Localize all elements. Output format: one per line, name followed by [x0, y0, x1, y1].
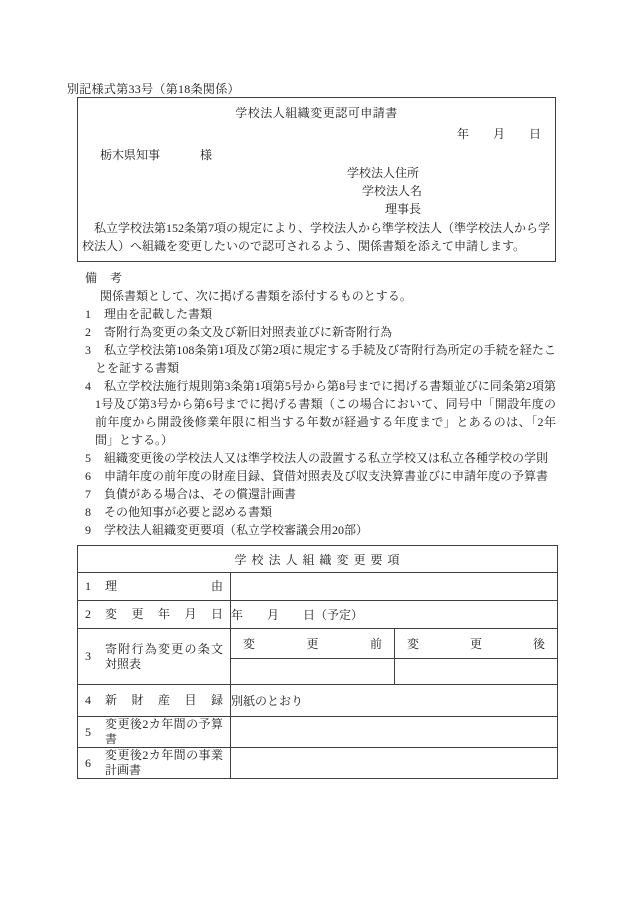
- reason-value-cell: [231, 573, 558, 601]
- row-label-change-date: 2 変更年月日: [78, 607, 230, 622]
- addressee: 栃木県知事: [100, 148, 160, 162]
- item-text: 申請年度の前年度の財産目録、貸借対照表及び収支決算書並びに申請年度の予算書: [104, 469, 548, 483]
- label-char: 更: [470, 635, 482, 652]
- item-number: 2: [85, 325, 91, 339]
- item-number: 8: [85, 505, 91, 519]
- label-char: 更: [306, 635, 318, 652]
- president-label: 理事長: [78, 200, 555, 218]
- application-box: 学校法人組織変更認可申請書 年 月 日 栃木県知事様 学校法人住所 学校法人名 …: [77, 97, 556, 262]
- label-char: 財: [131, 693, 143, 708]
- application-body-text: 私立学校法第152条第7項の規定により、学校法人から準学校法人（準学校法人から学…: [78, 219, 555, 255]
- label-char: 年: [158, 607, 170, 622]
- row-number: 5: [85, 725, 105, 740]
- label-char: 月: [184, 607, 196, 622]
- summary-table: 学 校 法 人 組 織 変 更 要 項 1 理由 2 変更年月日 年 月 日（予…: [77, 545, 558, 779]
- budget-value-cell: [231, 717, 558, 748]
- item-text: 私立学校法施行規則第3条第1項第5号から第8号までに掲げる書類並びに同条第2項第…: [95, 379, 556, 447]
- new-inventory-value-cell: 別紙のとおり: [231, 685, 558, 717]
- label-char: 後: [533, 635, 545, 652]
- addressee-honorific: 様: [200, 148, 212, 162]
- before-change-header: 変更前: [231, 635, 394, 652]
- remarks-item-6: 6申請年度の前年度の財産目録、貸借対照表及び収支決算書並びに申請年度の予算書: [85, 467, 556, 485]
- item-text: 組織変更後の学校法人又は準学校法人の設置する私立学校又は私立各種学校の学則: [104, 451, 548, 465]
- item-number: 3: [85, 343, 91, 357]
- label-char: 理: [105, 579, 117, 594]
- corp-address-label: 学校法人住所: [78, 164, 555, 182]
- row-label-text: 変更後2カ年間の予算書: [105, 717, 223, 747]
- item-text: 学校法人組織変更要項（私立学校審議会用20部）: [104, 523, 368, 537]
- summary-table-title: 学 校 法 人 組 織 変 更 要 項: [78, 546, 558, 573]
- label-char: 産: [158, 693, 170, 708]
- addressee-line: 栃木県知事様: [78, 146, 555, 164]
- change-date-value-cell: 年 月 日（予定）: [231, 601, 558, 629]
- form-number: 別記様式第33号（第18条関係）: [67, 80, 240, 97]
- item-number: 9: [85, 523, 91, 537]
- after-change-value-cell: [395, 659, 558, 685]
- item-number: 4: [85, 379, 91, 393]
- remarks-section: 備 考 関係書類として、次に掲げる書類を添付するものとする。 1理由を記載した書…: [85, 269, 556, 539]
- item-text: 理由を記載した書類: [104, 307, 212, 321]
- row-number: 4: [85, 693, 105, 708]
- remarks-item-1: 1理由を記載した書類: [85, 305, 556, 323]
- application-title: 学校法人組織変更認可申請書: [78, 104, 555, 122]
- row-number: 6: [85, 756, 105, 771]
- label-char: 変: [407, 635, 419, 652]
- date-line: 年 月 日: [78, 125, 555, 143]
- item-number: 1: [85, 307, 91, 321]
- label-char: 日: [211, 607, 223, 622]
- remarks-item-8: 8その他知事が必要と認める書類: [85, 503, 556, 521]
- document-page: 別記様式第33号（第18条関係） 学校法人組織変更認可申請書 年 月 日 栃木県…: [0, 0, 630, 903]
- item-number: 5: [85, 451, 91, 465]
- row-label-text: 変更後2カ年間の事業計画書: [105, 748, 223, 778]
- item-text: 私立学校法第108条第1項及び第2項に規定する手続及び寄附行為所定の手続を経たこ…: [95, 343, 556, 375]
- label-char: 目: [184, 693, 196, 708]
- remarks-item-7: 7負債がある場合は、その償還計画書: [85, 485, 556, 503]
- label-char: 新: [105, 693, 117, 708]
- remarks-item-2: 2寄附行為変更の条文及び新旧対照表並びに新寄附行為: [85, 323, 556, 341]
- row-label-text: 寄附行為変更の条文対照表: [105, 642, 223, 672]
- row-label-reason: 1 理由: [78, 579, 230, 594]
- row-number: 1: [85, 579, 105, 594]
- remarks-item-5: 5組織変更後の学校法人又は準学校法人の設置する私立学校又は私立各種学校の学則: [85, 449, 556, 467]
- item-number: 7: [85, 487, 91, 501]
- label-char: 録: [211, 693, 223, 708]
- label-char: 変: [243, 635, 255, 652]
- row-number: 2: [85, 607, 105, 622]
- remarks-intro: 関係書類として、次に掲げる書類を添付するものとする。: [85, 287, 556, 305]
- remarks-heading: 備 考: [85, 269, 556, 287]
- item-text: その他知事が必要と認める書類: [104, 505, 272, 519]
- row-number: 3: [85, 649, 105, 664]
- row-label-business-plan: 6 変更後2カ年間の事業計画書: [78, 748, 230, 778]
- item-number: 6: [85, 469, 91, 483]
- corp-name-label: 学校法人名: [78, 182, 555, 200]
- before-change-value-cell: [231, 659, 395, 685]
- remarks-item-3: 3私立学校法第108条第1項及び第2項に規定する手続及び寄附行為所定の手続を経た…: [85, 341, 556, 377]
- row-label-budget: 5 変更後2カ年間の予算書: [78, 717, 230, 747]
- label-char: 更: [131, 607, 143, 622]
- remarks-item-4: 4私立学校法施行規則第3条第1項第5号から第8号までに掲げる書類並びに同条第2項…: [85, 377, 556, 449]
- row-label-articles-comparison: 3 寄附行為変更の条文対照表: [78, 642, 230, 672]
- item-text: 寄附行為変更の条文及び新旧対照表並びに新寄附行為: [104, 325, 392, 339]
- label-char: 前: [370, 635, 382, 652]
- label-char: 変: [105, 607, 117, 622]
- remarks-item-9: 9学校法人組織変更要項（私立学校審議会用20部）: [85, 521, 556, 539]
- row-label-new-inventory: 4 新財産目録: [78, 693, 230, 708]
- item-text: 負債がある場合は、その償還計画書: [104, 487, 296, 501]
- business-plan-value-cell: [231, 748, 558, 779]
- label-char: 由: [211, 579, 223, 594]
- after-change-header: 変更後: [395, 635, 557, 652]
